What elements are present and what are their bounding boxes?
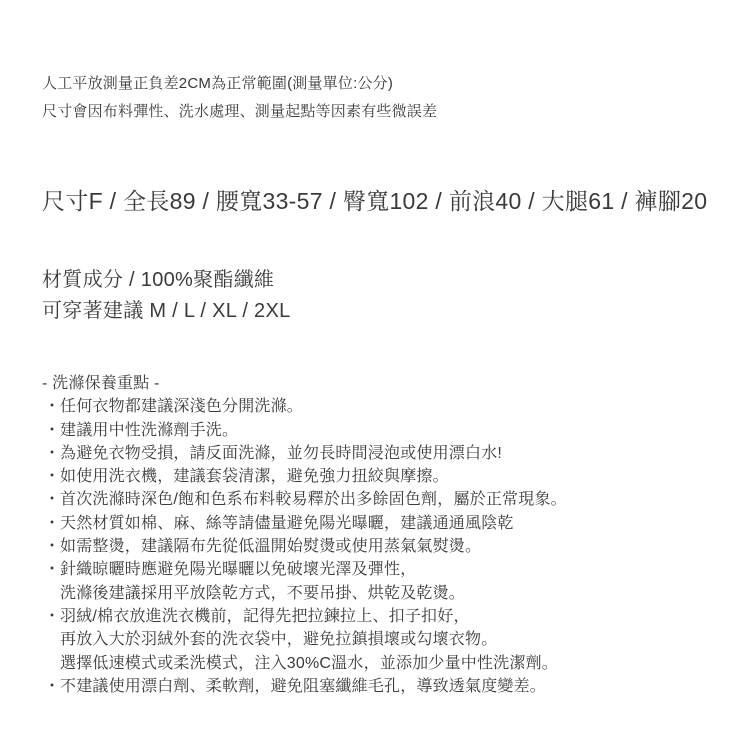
care-line: 針織晾曬時應避免陽光曝曬以免破壞光澤及彈性，	[60, 558, 465, 581]
bullet-icon: ・	[44, 675, 60, 698]
wear-size-suggestion: 可穿著建議 M / L / XL / 2XL	[42, 296, 730, 327]
care-line: 首次洗滌時深色/飽和色系布料較易釋於出多餘固色劑，屬於正常現象。	[60, 488, 567, 511]
care-item-text: 任何衣物都建議深淺色分開洗滌。	[60, 395, 303, 418]
care-item: ・ 羽絨/棉衣放進洗衣機前，記得先把拉鍊拉上、扣子扣好， 再放入大於羽絨外套的洗…	[42, 605, 730, 675]
care-item-text: 針織晾曬時應避免陽光曝曬以免破壞光澤及彈性， 洗滌後建議採用平放陰乾方式，不要吊…	[60, 558, 465, 605]
care-item: ・ 不建議使用漂白劑、柔軟劑，避免阻塞纖維毛孔，導致透氣度變差。	[42, 675, 730, 698]
size-spec-line: 尺寸F / 全長89 / 腰寬33-57 / 臀寬102 / 前浪40 / 大腿…	[42, 185, 730, 217]
care-item: ・ 針織晾曬時應避免陽光曝曬以免破壞光澤及彈性， 洗滌後建議採用平放陰乾方式，不…	[42, 558, 730, 605]
care-line: 洗滌後建議採用平放陰乾方式，不要吊掛、烘乾及乾燙。	[60, 582, 465, 605]
care-item-text: 首次洗滌時深色/飽和色系布料較易釋於出多餘固色劑，屬於正常現象。	[60, 488, 567, 511]
care-item: ・ 首次洗滌時深色/飽和色系布料較易釋於出多餘固色劑，屬於正常現象。	[42, 488, 730, 511]
care-line: 任何衣物都建議深淺色分開洗滌。	[60, 395, 303, 418]
care-line: 再放入大於羽絨外套的洗衣袋中，避免拉鎮損壞或勾壞衣物。	[60, 628, 558, 651]
bullet-icon: ・	[44, 419, 60, 442]
care-item: ・ 如使用洗衣機，建議套袋清潔，避免強力扭絞與摩擦。	[42, 465, 730, 488]
care-item-text: 為避免衣物受損，請反面洗滌，並勿長時間浸泡或使用漂白水!	[60, 442, 502, 465]
care-item-text: 不建議使用漂白劑、柔軟劑，避免阻塞纖維毛孔，導致透氣度變差。	[60, 675, 546, 698]
care-item: ・ 任何衣物都建議深淺色分開洗滌。	[42, 395, 730, 418]
bullet-icon: ・	[44, 535, 60, 558]
material-section: 材質成分 / 100%聚酯纖維 可穿著建議 M / L / XL / 2XL	[42, 265, 730, 327]
bullet-icon: ・	[44, 605, 60, 628]
care-item-text: 天然材質如棉、麻、絲等請儘量避免陽光曝曬，建議通通風陰乾	[60, 512, 514, 535]
measurement-note-line: 人工平放測量正負差2CM為正常範圍(測量單位:公分)	[42, 70, 730, 98]
bullet-icon: ・	[44, 488, 60, 511]
measurement-note: 人工平放測量正負差2CM為正常範圍(測量單位:公分) 尺寸會因布料彈性、洗水處理…	[42, 70, 730, 126]
care-line: 選擇低速模式或柔洗模式，注入30%C溫水，並添加少量中性洗潔劑。	[60, 652, 558, 675]
material-composition: 材質成分 / 100%聚酯纖維	[42, 265, 730, 296]
bullet-icon: ・	[44, 395, 60, 418]
care-item-text: 建議用中性洗滌劑手洗。	[60, 419, 238, 442]
care-instructions-section: - 洗滌保養重點 - ・ 任何衣物都建議深淺色分開洗滌。 ・ 建議用中性洗滌劑手…	[42, 372, 730, 698]
bullet-icon: ・	[44, 512, 60, 535]
care-line: 天然材質如棉、麻、絲等請儘量避免陽光曝曬，建議通通風陰乾	[60, 512, 514, 535]
care-line: 如需整燙，建議隔布先從低溫開始熨燙或使用蒸氣氣熨燙。	[60, 535, 481, 558]
care-item-text: 如使用洗衣機，建議套袋清潔，避免強力扭絞與摩擦。	[60, 465, 449, 488]
care-item-text: 羽絨/棉衣放進洗衣機前，記得先把拉鍊拉上、扣子扣好， 再放入大於羽絨外套的洗衣袋…	[60, 605, 558, 675]
bullet-icon: ・	[44, 558, 60, 581]
care-line: 建議用中性洗滌劑手洗。	[60, 419, 238, 442]
care-line: 羽絨/棉衣放進洗衣機前，記得先把拉鍊拉上、扣子扣好，	[60, 605, 558, 628]
measurement-note-line: 尺寸會因布料彈性、洗水處理、測量起點等因素有些微誤差	[42, 98, 730, 126]
care-line: 為避免衣物受損，請反面洗滌，並勿長時間浸泡或使用漂白水!	[60, 442, 502, 465]
care-line: 如使用洗衣機，建議套袋清潔，避免強力扭絞與摩擦。	[60, 465, 449, 488]
bullet-icon: ・	[44, 442, 60, 465]
bullet-icon: ・	[44, 465, 60, 488]
care-line: 不建議使用漂白劑、柔軟劑，避免阻塞纖維毛孔，導致透氣度變差。	[60, 675, 546, 698]
care-item: ・ 如需整燙，建議隔布先從低溫開始熨燙或使用蒸氣氣熨燙。	[42, 535, 730, 558]
care-item: ・ 建議用中性洗滌劑手洗。	[42, 419, 730, 442]
care-heading: - 洗滌保養重點 -	[42, 372, 730, 395]
care-item: ・ 天然材質如棉、麻、絲等請儘量避免陽光曝曬，建議通通風陰乾	[42, 512, 730, 535]
care-item: ・ 為避免衣物受損，請反面洗滌，並勿長時間浸泡或使用漂白水!	[42, 442, 730, 465]
care-item-text: 如需整燙，建議隔布先從低溫開始熨燙或使用蒸氣氣熨燙。	[60, 535, 481, 558]
product-description-page: 人工平放測量正負差2CM為正常範圍(測量單位:公分) 尺寸會因布料彈性、洗水處理…	[0, 0, 750, 750]
